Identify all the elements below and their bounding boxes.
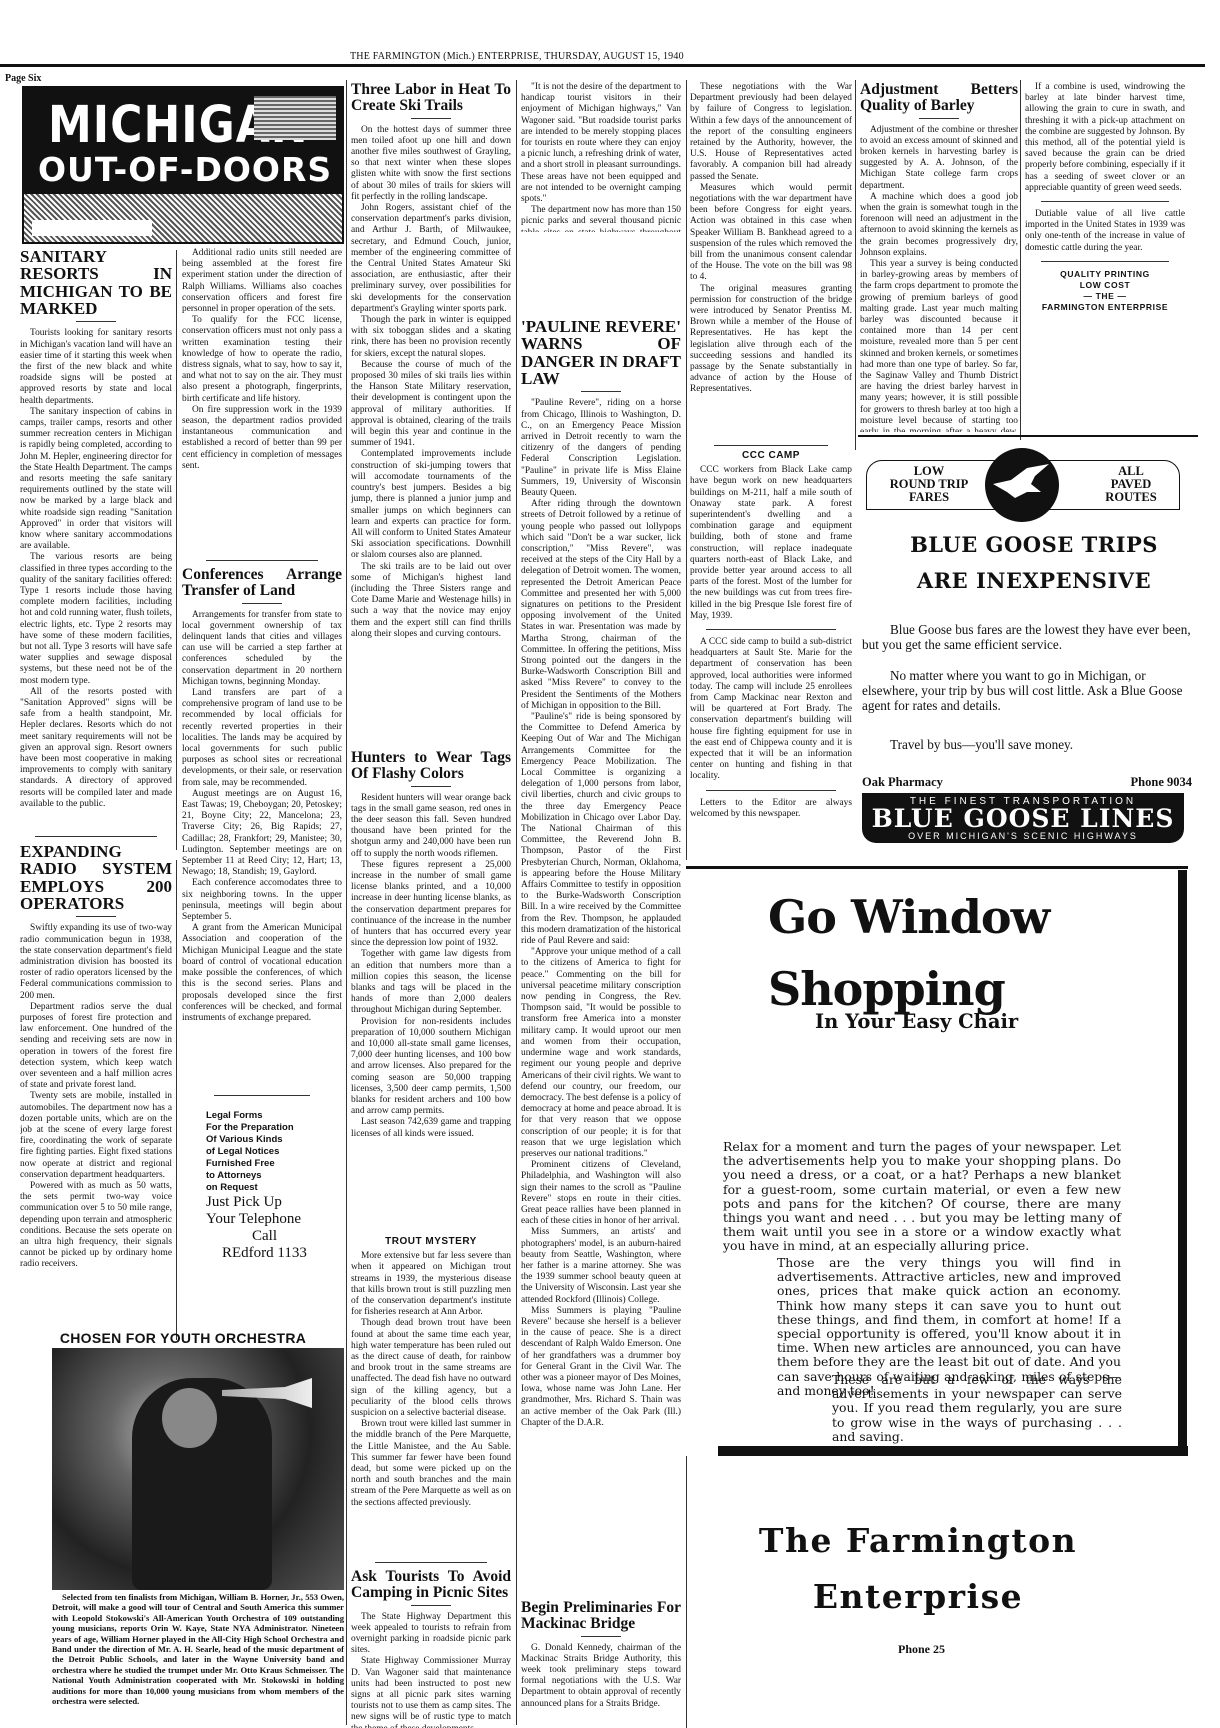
headline: Conferences Arrange Transfer of Land (182, 567, 342, 599)
article-hunters-tags: Hunters to Wear Tags Of Flashy Colors Re… (351, 750, 511, 1235)
headline: 'PAULINE REVERE' WARNS OF DANGER IN DRAF… (521, 318, 681, 387)
masthead-dateline: THE FARMINGTON (Mich.) ENTERPRISE, THURS… (350, 51, 684, 62)
article-sanitary-resorts: SANITARY RESORTS IN MICHIGAN TO BE MARKE… (20, 248, 172, 838)
michigan-out-of-doors-banner: MICHIGAN OUT-OF-DOORS (22, 86, 344, 244)
article-ski-trails: Three Labor in Heat To Create Ski Trails… (351, 82, 511, 702)
enterprise-phone: Phone 25 (898, 1642, 945, 1657)
ad-rule (858, 435, 1198, 437)
blue-goose-lines-logo: THE FINEST TRANSPORTATION BLUE GOOSE LIN… (862, 793, 1184, 843)
article-radio-continued: Additional radio units still needed are … (182, 248, 342, 558)
page-number: Page Six (5, 73, 41, 84)
photo-title: CHOSEN FOR YOUTH ORCHESTRA (20, 1330, 346, 1346)
ad-heading: ARE INEXPENSIVE (858, 568, 1210, 593)
column-divider (516, 80, 517, 1725)
ad-headline: Go Window (768, 890, 1049, 944)
farmington-enterprise-logo: Enterprise (718, 1577, 1118, 1616)
ad-heading: BLUE GOOSE TRIPS (858, 532, 1210, 557)
ad-border (718, 1446, 1188, 1456)
legal-forms-ad: Legal Forms For the Preparation Of Vario… (182, 1095, 342, 1275)
article-ccc-camp: CCC CAMP CCC workers from Black Lake cam… (690, 445, 852, 855)
headline: Hunters to Wear Tags Of Flashy Colors (351, 750, 511, 782)
article-conferences: Conferences Arrange Transfer of Land Arr… (182, 560, 342, 1080)
column-divider (176, 860, 177, 1340)
article-barley: Adjustment Betters Quality of Barley Adj… (860, 82, 1018, 432)
photo-caption: Selected from ten finalists from Michiga… (52, 1592, 344, 1706)
header-rule (0, 64, 1205, 67)
article-mackinac-continued: These negotiations with the War Departme… (690, 82, 852, 442)
column-divider (686, 1456, 687, 1728)
ad-subheadline: In Your Easy Chair (815, 1010, 1018, 1033)
subhead: TROUT MYSTERY (351, 1236, 511, 1247)
outdoor-scene-illustration (24, 194, 342, 242)
column-divider (346, 80, 347, 1725)
headline: Ask Tourists To Avoid Camping in Picnic … (351, 1569, 511, 1601)
subhead: CCC CAMP (690, 450, 852, 461)
headline: Three Labor in Heat To Create Ski Trails (351, 82, 511, 114)
article-trout-mystery: TROUT MYSTERY More extensive but far les… (351, 1232, 511, 1552)
article-mackinac-bridge: Begin Preliminaries For Mackinac Bridge … (521, 1600, 681, 1728)
cattle-filler: Dutiable value of all live cattle import… (1025, 209, 1185, 254)
banner-subtitle: OUT-OF-DOORS (38, 150, 332, 189)
window-shopping-ad: Go Window Shopping In Your Easy Chair Re… (718, 868, 1180, 1436)
phone-number: REdford 1133 (182, 1245, 342, 1262)
quality-printing-ad: QUALITY PRINTING LOW COST — THE — FARMIN… (1025, 269, 1185, 313)
column-divider (686, 80, 687, 860)
headline: SANITARY RESORTS IN MICHIGAN TO BE MARKE… (20, 248, 172, 317)
column-divider (1020, 80, 1021, 440)
column-divider (176, 250, 177, 850)
headline: Adjustment Betters Quality of Barley (860, 82, 1018, 114)
article-pauline-revere: 'PAULINE REVERE' WARNS OF DANGER IN DRAF… (521, 318, 681, 1558)
goose-logo-icon (985, 448, 1059, 522)
letters-note: Letters to the Editor are always welcome… (690, 798, 852, 820)
headline: EXPANDING RADIO SYSTEM EMPLOYS 200 OPERA… (20, 843, 172, 912)
article-picnic-continued: "It is not the desire of the department … (521, 82, 681, 232)
agent-phone: Phone 9034 (1131, 775, 1192, 790)
headline: Begin Preliminaries For Mackinac Bridge (521, 1600, 681, 1632)
article-picnic-sites: Ask Tourists To Avoid Camping in Picnic … (351, 1562, 511, 1728)
blue-goose-ad: LOW ROUND TRIP FARES ALL PAVED ROUTES BL… (858, 450, 1210, 845)
article-expanding-radio: EXPANDING RADIO SYSTEM EMPLOYS 200 OPERA… (20, 836, 172, 1336)
trumpet-player-photo (52, 1348, 344, 1590)
column-divider (855, 80, 856, 450)
ad-headline: Shopping (768, 962, 1005, 1016)
farmington-enterprise-logo: The Farmington (718, 1521, 1118, 1560)
boat-illustration (254, 96, 336, 140)
article-barley-continued: If a combine is used, windrowing the bar… (1025, 82, 1185, 442)
agent-name: Oak Pharmacy (862, 775, 943, 789)
